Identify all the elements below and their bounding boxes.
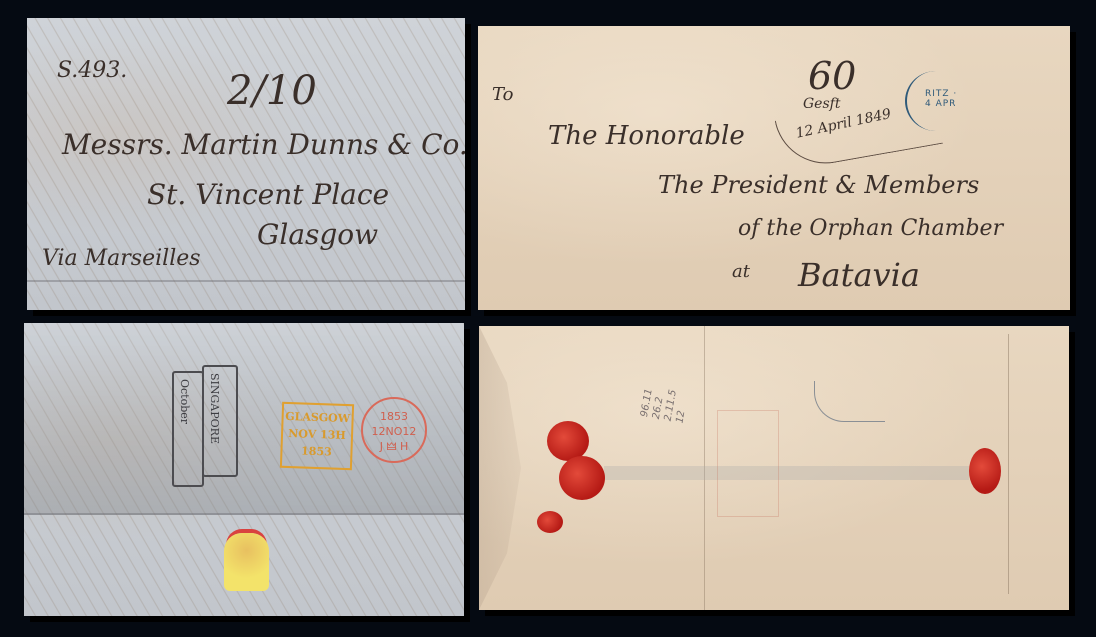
fold-line [27, 280, 465, 282]
wax-seal [969, 448, 1001, 494]
rate-marking: 2/10 [227, 68, 317, 114]
postmark-text: RITZ · 4 APR [925, 89, 967, 109]
pencil-annotation [814, 381, 885, 422]
route-endorsement: Via Marseilles [42, 246, 201, 271]
address-line-3: of the Orphan Chamber [738, 216, 1003, 241]
envelope-flap [479, 326, 549, 610]
salutation: To [492, 84, 513, 105]
boxed-transit-mark-date: October [172, 371, 204, 487]
cover-glasgow-back: October SINGAPORE GLASGOW NOV 13H 1853 1… [24, 323, 464, 616]
wax-seal [559, 456, 605, 500]
fold-line [1008, 334, 1009, 594]
address-line-1: Messrs. Martin Dunns & Co. [62, 128, 465, 161]
address-line-1: The Honorable [548, 121, 745, 151]
red-circular-datestamp: 1853 12NO12 J 🜲 H [361, 397, 427, 463]
pencil-notes: 96.11 26.2 2.11.5 12 [639, 385, 692, 425]
glasgow-framed-mark: GLASGOW NOV 13H 1853 [280, 402, 354, 470]
cover-glasgow-front: S.493. 2/10 Messrs. Martin Dunns & Co. S… [27, 18, 465, 310]
wafer-seal [224, 533, 269, 591]
at-label: at [732, 261, 750, 282]
address-line-2: St. Vincent Place [147, 178, 389, 211]
blue-postmark: RITZ · 4 APR [905, 71, 967, 131]
faint-offset-mark [717, 410, 779, 517]
boxed-transit-mark-singapore: SINGAPORE [202, 365, 238, 477]
address-line-3: Glasgow [257, 218, 378, 251]
address-line-2: The President & Members [658, 171, 979, 199]
cover-batavia-front: To The Honorable The President & Members… [478, 26, 1070, 310]
wax-seal [537, 511, 563, 533]
reference-number: S.493. [57, 58, 127, 83]
address-line-4: Batavia [798, 256, 920, 294]
wax-seal [547, 421, 589, 461]
cover-batavia-back: 96.11 26.2 2.11.5 12 [479, 326, 1069, 610]
charge-marking: 60 [808, 54, 856, 98]
envelope-seam [604, 466, 969, 480]
